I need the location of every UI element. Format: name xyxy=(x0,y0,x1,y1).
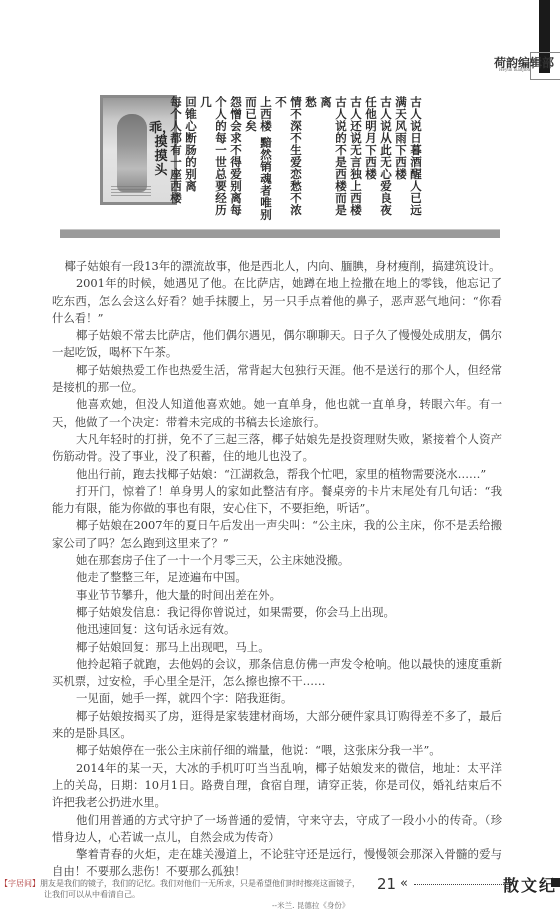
cover-child-figure xyxy=(117,114,147,192)
footer-quote-line1: 朋友是我们的镜子，我们的记忆。我们对他们一无所求，只是希望他们时时擦亮这面镜子， xyxy=(40,879,360,888)
article-paragraph: 他走了整整三年，足迹遍布中国。 xyxy=(52,569,502,586)
poem-line: 愁 xyxy=(303,96,318,226)
page-number: 21 xyxy=(377,875,396,893)
article-paragraph: 椰子姑娘回复：那马上出现吧，马上。 xyxy=(52,639,502,656)
poem-line: 满天风雨下西楼 xyxy=(393,96,408,226)
article-paragraph: 事业节节攀升，他大量的时间出差在外。 xyxy=(52,587,502,604)
square-marker-icon xyxy=(551,878,560,887)
poem-line: 每个人都有一座西楼 xyxy=(168,96,183,226)
article-body: 椰子姑娘有一段13年的漂流故事，他是西北人，内向、腼腆，身材瘦削，搞建筑设计。 … xyxy=(52,258,502,881)
footer-quote: 【字居间】朋友是我们的镜子，我们的记忆。我们对他们一无所求，只是希望他们时时擦亮… xyxy=(0,878,360,889)
article-paragraph: 椰子姑娘发信息：我记得你曾说过，如果需要，你会马上出现。 xyxy=(52,604,502,621)
article-paragraph: 他们用普通的方式守护了一场普通的爱情，守来守去，守成了一段小小的传奇。（珍惜身边… xyxy=(52,812,502,847)
footer-tag: 【字居间】 xyxy=(0,879,40,888)
poem-line: 个人的每一世总要经历几 xyxy=(198,96,228,226)
poem-line: 而已矣 xyxy=(243,96,258,226)
cover-publisher-strip xyxy=(111,186,151,196)
double-chevron-icon: « xyxy=(400,876,408,891)
article-paragraph: 他喜欢她，但没人知道他喜欢她。她一直单身，他也就一直单身，转眼六年。有一天，他做… xyxy=(52,396,502,431)
poem-line: 古人说从此无心爱良夜 xyxy=(378,96,393,226)
article-paragraph: 椰子姑娘停在一张公主床前仔细的端量，他说：“喂，这张床分我一半”。 xyxy=(52,742,502,759)
article-paragraph: 她在那套房子住了一十一个月零三天，公主床她没搬。 xyxy=(52,552,502,569)
article-paragraph: 他出行前，跑去找椰子姑娘：“江湖救急，帮我个忙吧，家里的植物需要浇水……” xyxy=(52,466,502,483)
article-paragraph: 椰子姑娘不常去比萨店，他们偶尔遇见，偶尔聊聊天。日子久了慢慢处成朋友，偶尔一起吃… xyxy=(52,327,502,362)
article-paragraph: 椰子姑娘有一段13年的漂流故事，他是西北人，内向、腼腆，身材瘦削，搞建筑设计。 xyxy=(52,258,502,275)
footer-quote-line2: 让我们可以从中看清自己。 xyxy=(44,889,140,900)
poem-line: 古人说日暮酒醒人已远 xyxy=(408,96,423,226)
section-name: 散文纪 xyxy=(503,873,557,896)
footer-citation: --米兰. 昆德拉《身份》 xyxy=(272,900,349,909)
dotted-leader-line xyxy=(414,884,504,885)
article-paragraph: 椰子姑娘在2007年的夏日午后发出一声尖叫：“公主床，我的公主床，你不是丢给搬家… xyxy=(52,517,502,552)
poem-line: 回锥心断肠的别离 xyxy=(183,96,198,226)
poem-line: 上西楼 黯然销魂者唯别 xyxy=(258,96,273,226)
article-paragraph: 他拎起箱子就跑，去他妈的会议，那条信息仿佛一声发令枪响。他以最快的速度重新买机票… xyxy=(52,656,502,691)
article-paragraph: 一见面，她手一挥，就四个字：陪我逛街。 xyxy=(52,690,502,707)
book-cover-image: 乖，摸摸头 xyxy=(100,95,177,205)
poem-line: 情不深不生爱恋愁不浓不 xyxy=(273,96,303,226)
article-paragraph: 他迅速回复：这句话永远有效。 xyxy=(52,621,502,638)
poem-line: 古人还说无言独上西楼 xyxy=(348,96,363,226)
article-paragraph: 擎着青春的火炬，走在雄关漫道上，不论驻守还是远行，慢慢领会那深入骨髓的爱与自由！… xyxy=(52,846,502,881)
section-divider-bar xyxy=(60,229,500,238)
poem-line: 任他明月下西楼 xyxy=(363,96,378,226)
article-paragraph: 2001年的时候，她遇见了他。在比萨店，她蹲在地上捡撒在地上的零钱，他忘记了吃东… xyxy=(52,275,502,327)
article-paragraph: 椰子姑娘热爱工作也热爱生活，常背起大包独行天涯。他不是送行的那个人，但经常是接机… xyxy=(52,362,502,397)
poem-line: 怨憎会求不得爱别离每 xyxy=(228,96,243,226)
poem-line: 古人说的不是西楼而是离 xyxy=(318,96,348,226)
article-paragraph: 大凡年轻时的打拼，免不了三起三落，椰子姑娘先是投资理财失败，紧接着个人资产伤筋动… xyxy=(52,431,502,466)
article-paragraph: 打开门，惊着了！单身男人的家如此整洁有序。餐桌旁的卡片末尾处有几句话：“我能力有… xyxy=(52,483,502,518)
article-paragraph: 椰子姑娘按揭买了房，逛得是家装建材商场，大部分硬件家具订购得差不多了，最后来的是… xyxy=(52,708,502,743)
article-paragraph: 2014年的某一天，大冰的手机叮叮当当乱响，椰子姑娘发来的微信，地址：太平洋上的… xyxy=(52,760,502,812)
brand-subtitle: Heyun bianjibu xyxy=(499,68,530,73)
vertical-poem: 古人说日暮酒醒人已远 满天风雨下西楼 古人说从此无心爱良夜 任他明月下西楼 古人… xyxy=(168,96,423,226)
